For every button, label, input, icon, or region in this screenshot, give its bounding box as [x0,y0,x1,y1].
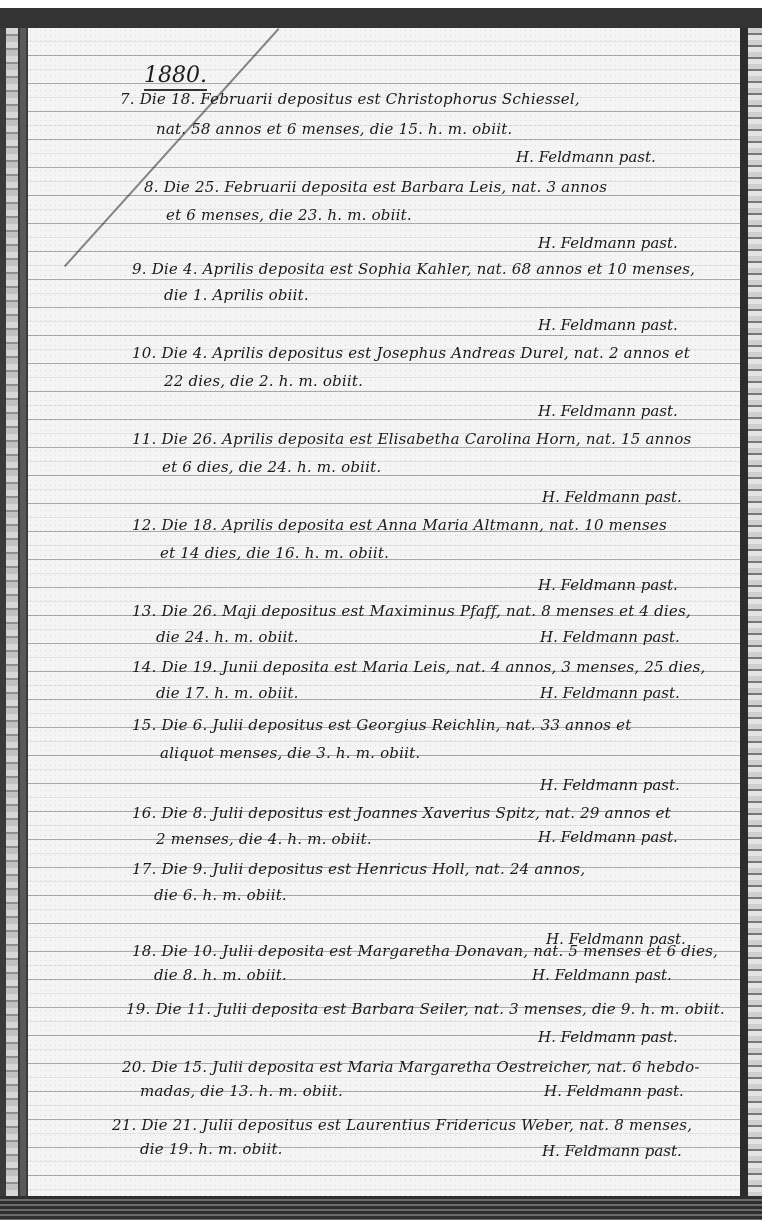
entry-line-1: 15. Die 6. Julii depositus est Georgius … [132,716,631,734]
entry-number: 7. [120,90,135,108]
entry-line-1: 14. Die 19. Junii deposita est Maria Lei… [132,658,705,676]
entry-line-2: 22 dies, die 2. h. m. obiit. [164,372,363,390]
entry-line-2: die 8. h. m. obiit. [154,966,287,984]
entry-line-2: die 1. Aprilis obiit. [164,286,309,304]
priest-signature: H. Feldmann past. [538,576,678,594]
scan-bottom-edge [0,1196,762,1220]
entry-line-2: die 6. h. m. obiit. [154,886,287,904]
priest-signature: H. Feldmann past. [538,828,678,846]
entry-line-1: 12. Die 18. Aprilis deposita est Anna Ma… [132,516,667,534]
entry-number: 8. [144,178,159,196]
entry-line-2: die 24. h. m. obiit. [156,628,299,646]
priest-signature: H. Feldmann past. [532,966,672,984]
entry-line-1: 13. Die 26. Maji depositus est Maximinus… [132,602,691,620]
entry-line-1: 11. Die 26. Aprilis deposita est Elisabe… [132,430,691,448]
entry-line-2: madas, die 13. h. m. obiit. [140,1082,343,1100]
year-heading: 1880. [144,63,207,91]
priest-signature: H. Feldmann past. [538,316,678,334]
entry-number: 10. [132,344,156,362]
entry-number: 16. [132,804,156,822]
priest-signature: H. Feldmann past. [538,402,678,420]
priest-signature: H. Feldmann past. [516,148,656,166]
entry-number: 12. [132,516,156,534]
entry-line-2: nat. 58 annos et 6 menses, die 15. h. m.… [156,120,512,138]
scan-right-edge [748,28,762,1198]
scan-top-edge [0,8,762,28]
priest-signature: H. Feldmann past. [542,1142,682,1160]
priest-signature: H. Feldmann past. [540,776,680,794]
entry-number: 11. [132,430,156,448]
register-page: 1880. 7. Die 18. Februarii depositus est… [28,28,740,1196]
entry-line-2: et 6 menses, die 23. h. m. obiit. [166,206,412,224]
priest-signature: H. Feldmann past. [540,628,680,646]
entry-line-1: 18. Die 10. Julii deposita est Margareth… [132,942,718,960]
entry-number: 17. [132,860,156,878]
entry-line-2: et 6 dies, die 24. h. m. obiit. [162,458,381,476]
priest-signature: H. Feldmann past. [538,1028,678,1046]
entry-line-1: 7. Die 18. Februarii depositus est Chris… [120,90,580,108]
entry-line-2: et 14 dies, die 16. h. m. obiit. [160,544,389,562]
entry-number: 15. [132,716,156,734]
entry-line-1: 19. Die 11. Julii deposita est Barbara S… [126,1000,725,1018]
entry-line-2: die 17. h. m. obiit. [156,684,299,702]
entry-number: 18. [132,942,156,960]
entry-number: 21. [112,1116,136,1134]
entry-line-1: 17. Die 9. Julii depositus est Henricus … [132,860,585,878]
priest-signature: H. Feldmann past. [542,488,682,506]
entry-line-1: 9. Die 4. Aprilis deposita est Sophia Ka… [132,260,695,278]
priest-signature: H. Feldmann past. [544,1082,684,1100]
entry-number: 14. [132,658,156,676]
priest-signature: H. Feldmann past. [540,684,680,702]
entry-number: 13. [132,602,156,620]
entry-line-1: 10. Die 4. Aprilis depositus est Josephu… [132,344,690,362]
entry-line-2: 2 menses, die 4. h. m. obiit. [156,830,372,848]
entry-line-1: 20. Die 15. Julii deposita est Maria Mar… [122,1058,700,1076]
book-binding-shadow [20,28,26,1198]
priest-signature: H. Feldmann past. [538,234,678,252]
page-right-edge [740,28,748,1198]
entry-number: 19. [126,1000,150,1018]
entry-line-2: die 19. h. m. obiit. [140,1140,283,1158]
entry-line-1: 8. Die 25. Februarii deposita est Barbar… [144,178,607,196]
entry-number: 9. [132,260,147,278]
entry-line-1: 21. Die 21. Julii depositus est Laurenti… [112,1116,692,1134]
scan-left-edge [6,28,18,1198]
entry-line-1: 16. Die 8. Julii depositus est Joannes X… [132,804,671,822]
entry-line-2: aliquot menses, die 3. h. m. obiit. [160,744,420,762]
entry-number: 20. [122,1058,146,1076]
